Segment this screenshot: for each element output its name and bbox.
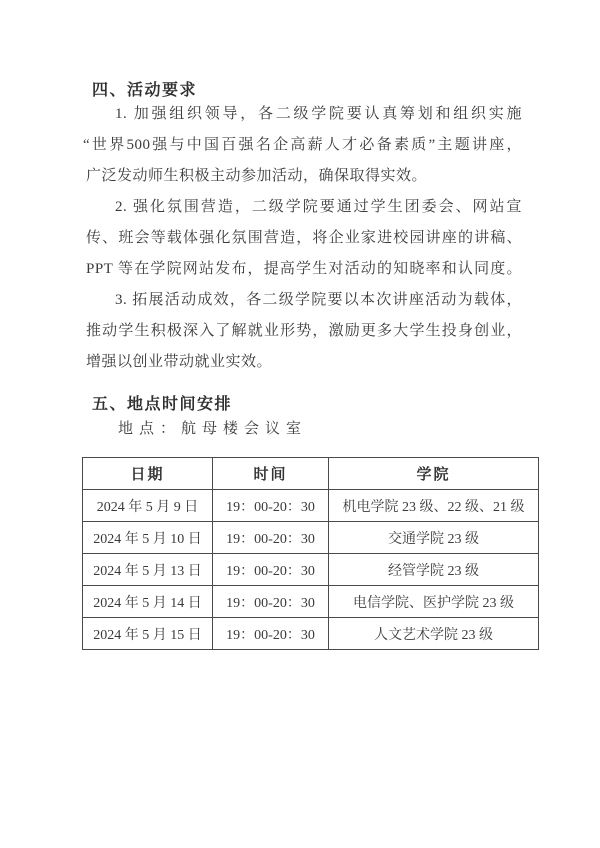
section-4-body: 1. 加强组织领导，各二级学院要认真筹划和组织实施 “世界500强与中国百强名企… [86,99,522,378]
paragraph-1-line-3: 广泛发动师生积极主动参加活动，确保取得实效。 [86,161,522,192]
schedule-table: 日期 时间 学院 2024 年 5 月 9 日 19：00-20：30 机电学院… [82,457,539,650]
cell-college: 电信学院、医护学院 23 级 [329,586,539,618]
section-5-heading: 五、地点时间安排 [92,391,232,414]
header-college: 学院 [329,458,539,490]
paragraph-1-line-1: 1. 加强组织领导，各二级学院要认真筹划和组织实施 [86,99,522,130]
cell-time: 19：00-20：30 [213,586,329,618]
cell-date: 2024 年 5 月 10 日 [83,522,213,554]
section-4-heading: 四、活动要求 [92,77,197,100]
header-time: 时间 [213,458,329,490]
table-row: 2024 年 5 月 10 日 19：00-20：30 交通学院 23 级 [83,522,539,554]
paragraph-3-line-3: 增强以创业带动就业实效。 [86,347,522,378]
cell-date: 2024 年 5 月 9 日 [83,490,213,522]
table-row: 2024 年 5 月 14 日 19：00-20：30 电信学院、医护学院 23… [83,586,539,618]
paragraph-3-line-2: 推动学生积极深入了解就业形势，激励更多大学生投身创业， [86,316,522,347]
cell-college: 经管学院 23 级 [329,554,539,586]
cell-date: 2024 年 5 月 14 日 [83,586,213,618]
cell-date: 2024 年 5 月 13 日 [83,554,213,586]
cell-time: 19：00-20：30 [213,618,329,650]
paragraph-1-line-2: “世界500强与中国百强名企高薪人才必备素质”主题讲座， [83,130,522,161]
paragraph-2-line-1: 2. 强化氛围营造，二级学院要通过学生团委会、网站宣 [86,192,522,223]
paragraph-3-line-1: 3. 拓展活动成效，各二级学院要以本次讲座活动为载体， [86,285,522,316]
table-row: 2024 年 5 月 15 日 19：00-20：30 人文艺术学院 23 级 [83,618,539,650]
cell-time: 19：00-20：30 [213,522,329,554]
document-page: 四、活动要求 1. 加强组织领导，各二级学院要认真筹划和组织实施 “世界500强… [0,0,600,848]
cell-date: 2024 年 5 月 15 日 [83,618,213,650]
table-row: 2024 年 5 月 13 日 19：00-20：30 经管学院 23 级 [83,554,539,586]
cell-college: 交通学院 23 级 [329,522,539,554]
paragraph-2-line-2: 传、班会等载体强化氛围营造，将企业家进校园讲座的讲稿、 [86,223,522,254]
cell-time: 19：00-20：30 [213,554,329,586]
cell-time: 19：00-20：30 [213,490,329,522]
cell-college: 人文艺术学院 23 级 [329,618,539,650]
location-line: 地点：航母楼会议室 [118,414,307,445]
paragraph-2-line-3: PPT 等在学院网站发布，提高学生对活动的知晓率和认同度。 [86,254,522,285]
header-date: 日期 [83,458,213,490]
cell-college: 机电学院 23 级、22 级、21 级 [329,490,539,522]
table-row: 2024 年 5 月 9 日 19：00-20：30 机电学院 23 级、22 … [83,490,539,522]
table-header-row: 日期 时间 学院 [83,458,539,490]
